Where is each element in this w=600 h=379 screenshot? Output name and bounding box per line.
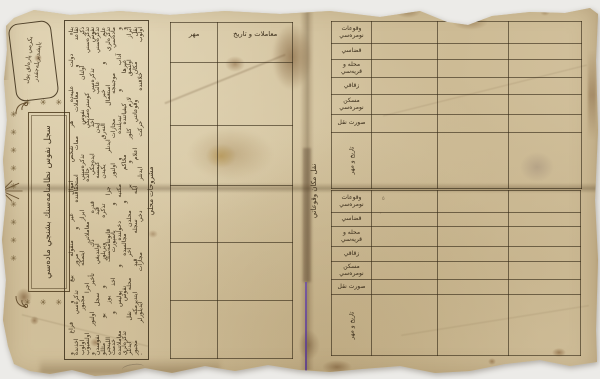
table-row: محله و قريه‌سي: [332, 227, 581, 247]
date-seal-label: تاريخ و مهر: [348, 311, 355, 339]
data-cell: [171, 126, 218, 186]
stain: [298, 330, 320, 360]
table-row: مسكن نومره‌سي: [332, 262, 581, 280]
row-label-quarter-village: محله و قريه‌سي: [332, 227, 372, 247]
data-cell: [372, 262, 438, 280]
stain: [322, 360, 352, 374]
stain: [148, 230, 158, 238]
transactions-table: مهر معاملات و تاريخ: [170, 22, 293, 359]
transactions-header-cell: معاملات و تاريخ: [218, 23, 293, 63]
data-cell: [372, 60, 438, 78]
regulation-title: سجل نفوس نظامنامه‌سنك بشنجي ماده‌سي: [32, 119, 64, 285]
regulation-article-box: بناء دولت عليه‌ده هر شخص اموال غير منقول…: [64, 20, 149, 360]
purple-ink-line: [305, 282, 307, 375]
fan-ornament-icon: [0, 178, 26, 204]
table-row: [171, 301, 293, 359]
data-cell: [372, 44, 438, 60]
regulation-article-text: بناء دولت عليه‌ده هر شخص اموال غير منقول…: [69, 27, 145, 355]
data-cell: [509, 227, 581, 247]
row-label-street: زقاقي: [332, 78, 372, 95]
data-cell: [438, 213, 509, 227]
table-row: تاريخ و مهر: [332, 295, 581, 356]
stain: [540, 8, 550, 16]
stain: [30, 316, 39, 325]
data-cell: [509, 262, 581, 280]
row-label-date-seal: تاريخ و مهر: [332, 295, 372, 356]
data-cell: [372, 22, 438, 44]
data-cell: [218, 301, 293, 359]
row-label-incident-number: وقوعات نومره‌سي: [332, 22, 372, 44]
data-cell: [509, 44, 582, 60]
data-cell: [438, 44, 509, 60]
data-cell: [438, 60, 509, 78]
document-paper: يكرمي پاره‌لق پول ياپشديريله‌جقدر ✳✳✳✳✳✳…: [0, 0, 600, 379]
data-cell: [438, 95, 509, 115]
data-cell: [438, 262, 509, 280]
data-cell: [218, 63, 293, 126]
data-cell: [372, 247, 438, 262]
table-row: [171, 186, 293, 243]
data-cell: [509, 247, 581, 262]
data-cell: [438, 227, 509, 247]
data-cell: [218, 243, 293, 301]
data-cell: [218, 186, 293, 243]
table-row: وقوعات نومره‌سي: [332, 22, 582, 44]
transfer-section-label: نقل مكان وقوعاتي: [310, 152, 322, 230]
row-label-quarter-village: محله و قريه‌سي: [332, 60, 372, 78]
row-label-residence-number: مسكن نومره‌سي: [332, 262, 372, 280]
data-cell: [372, 133, 438, 189]
article-line: اولوب خلافنده حركت ايدنلر دخي مجازات ايد…: [138, 27, 143, 355]
data-cell: [509, 22, 582, 44]
table-row: مسكن نومره‌سي: [332, 95, 582, 115]
row-label-date-seal: تاريخ و مهر: [332, 133, 372, 189]
data-cell: [171, 301, 218, 359]
data-cell: [171, 63, 218, 126]
data-cell: [372, 95, 438, 115]
data-cell: [372, 295, 438, 356]
transfer-table-top: وقوعات نومره‌سي قضاسي محله و قريه‌سي زقا…: [331, 21, 582, 189]
table-row: صورت نقل: [332, 115, 582, 133]
paper-shadow-wrap: يكرمي پاره‌لق پول ياپشديريله‌جقدر ✳✳✳✳✳✳…: [0, 0, 600, 379]
row-label-transfer-details: صورت نقل: [332, 280, 372, 295]
table-row: [171, 126, 293, 186]
table-row: زقاقي: [332, 247, 581, 262]
table-row: قضاسي: [332, 44, 582, 60]
corner-flourish-icon: [14, 294, 30, 310]
data-cell: [438, 115, 509, 133]
stain: [488, 358, 496, 365]
transfer-table-bottom: وقوعات نومره‌سي قضاسي محله و قريه‌سي زقا…: [331, 190, 581, 356]
data-cell: [509, 191, 581, 213]
data-cell: [218, 126, 293, 186]
table-row: [171, 63, 293, 126]
ink-mark: ٬: [380, 212, 382, 218]
row-label-incident-number: وقوعات نومره‌سي: [332, 191, 372, 213]
table-row: قضاسي: [332, 213, 581, 227]
table-row: صورت نقل: [332, 280, 581, 295]
row-label-transfer-details: صورت نقل: [332, 115, 372, 133]
table-row: تاريخ و مهر: [332, 133, 582, 189]
data-cell: [171, 243, 218, 301]
data-cell: [372, 78, 438, 95]
stain: [395, 4, 421, 18]
data-cell: [509, 133, 582, 189]
data-cell: [438, 191, 509, 213]
ink-mark: ٥: [382, 196, 385, 202]
pencil-squiggle: [122, 363, 145, 374]
title-ornament-frame: ✳✳✳✳✳✳✳✳✳ ✳✳✳ ✳✳✳ سجل نفوس نظامنامه‌سنك …: [6, 98, 70, 314]
data-cell: [509, 95, 582, 115]
data-cell: [438, 133, 509, 189]
data-cell: [438, 247, 509, 262]
seal-header-cell: مهر: [171, 23, 218, 63]
revenue-stamp-box: يكرمي پاره‌لق پول ياپشديريله‌جقدر: [7, 20, 59, 103]
photo-background: يكرمي پاره‌لق پول ياپشديريله‌جقدر ✳✳✳✳✳✳…: [0, 0, 600, 379]
row-label-district: قضاسي: [332, 213, 372, 227]
data-cell: [171, 186, 218, 243]
data-cell: [372, 115, 438, 133]
data-cell: [438, 295, 509, 356]
data-cell: [509, 115, 582, 133]
row-label-residence-number: مسكن نومره‌سي: [332, 95, 372, 115]
table-row: محله و قريه‌سي: [332, 60, 582, 78]
data-cell: [438, 78, 509, 95]
data-cell: [372, 280, 438, 295]
data-cell: [438, 22, 509, 44]
data-cell: [438, 280, 509, 295]
data-cell: [509, 295, 581, 356]
data-cell: [509, 213, 581, 227]
data-cell: [509, 60, 582, 78]
table-row: وقوعات نومره‌سي: [332, 191, 581, 213]
table-row: [171, 243, 293, 301]
data-cell: [509, 280, 581, 295]
annotation-place-label: مشروحات محلي: [147, 160, 159, 222]
date-seal-label: تاريخ و مهر: [348, 147, 355, 175]
table-header-row: مهر معاملات و تاريخ: [171, 23, 293, 63]
data-cell: [372, 227, 438, 247]
stain: [588, 50, 596, 140]
row-label-district: قضاسي: [332, 44, 372, 60]
row-label-street: زقاقي: [332, 247, 372, 262]
data-cell: [509, 78, 582, 95]
table-row: زقاقي: [332, 78, 582, 95]
